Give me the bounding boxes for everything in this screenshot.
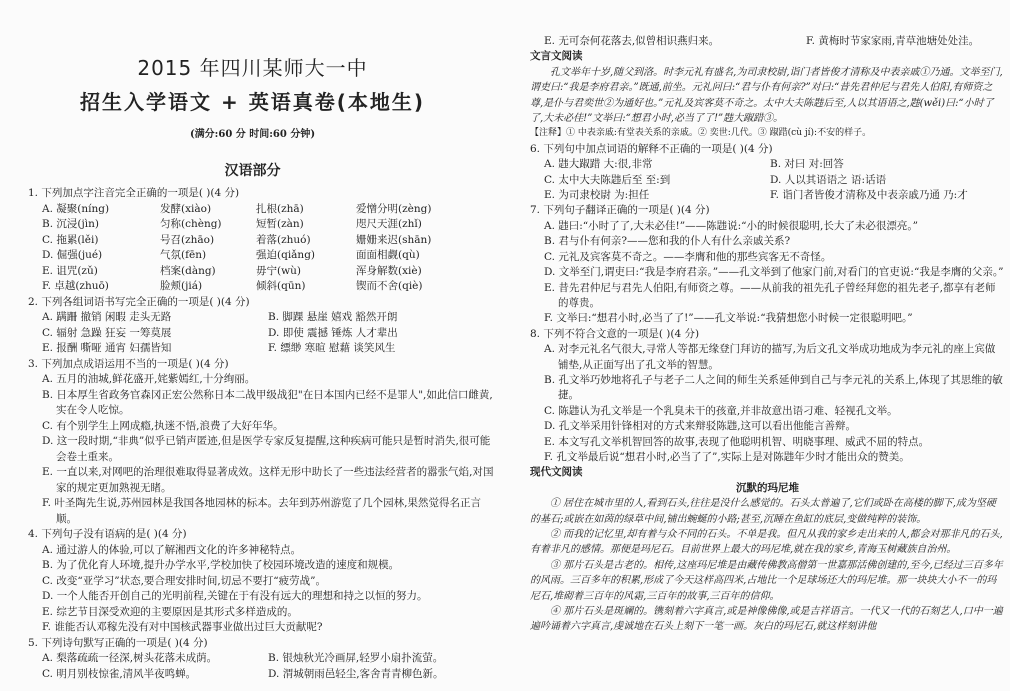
article-paragraph: ② 而我的记忆里,却有着与众不同的石头。不单是我。但凡从我的家乡走出来的人,都会… (530, 527, 1005, 558)
option-cell: 爱憎分明(zèng) (356, 202, 496, 218)
option: C. 陈韪认为孔文举是一个乳臭未干的孩童,并非故意出语刁难、轻视孔文举。 (530, 404, 1005, 419)
question-stem: 5. 下列诗句默写正确的一项是( )(4 分) (28, 636, 498, 652)
option-row: A. 韪大踧踖 大:很,非常 B. 对曰 对:回答 (530, 157, 1005, 172)
question-4: 4. 下列句子没有语病的是( )(4 分) A. 通过游人的体验,可以了解湘西文… (28, 527, 498, 636)
option: C. 有个别学生上网成瘾,执迷不悟,浪费了大好年华。 (28, 419, 498, 435)
option-row: C. 拖累(lěi) 号召(zhāo) 着落(zhuó) 姗姗来迟(shān) (28, 233, 498, 249)
option-cell: F. 缥缈 寒暄 慰藉 谈笑风生 (268, 341, 508, 357)
option: B. 为了优化育人环境,提升办学水平,学校加快了校园环境改造的速度和规模。 (28, 558, 498, 574)
option-cell: A. 韪大踧踖 大:很,非常 (544, 157, 770, 172)
question-stem: 3. 下列加点成语运用不当的一项是( )(4 分) (28, 357, 498, 373)
option-cell: B. 沉浸(jìn) (42, 217, 160, 233)
modern-reading-heading: 现代文阅读 (530, 465, 1005, 480)
option: B. 日本厚生省政务官森冈正宏公然称日本二战甲级战犯"在日本国内已经不是罪人",… (28, 388, 498, 419)
option: C. 改变“亚学习”状态,要合理安排时间,切忌不要打“疲劳战”。 (28, 574, 498, 590)
option-cell: D. 即使 震撼 锤炼 人才辈出 (268, 326, 508, 342)
section-title: 汉语部分 (0, 160, 505, 180)
option-cell: 毋宁(wù) (256, 264, 356, 280)
option-cell: 档案(dàng) (160, 264, 256, 280)
option-cell: D. 人以其语语之 语:话语 (770, 173, 1010, 188)
question-3: 3. 下列加点成语运用不当的一项是( )(4 分) A. 五月的油城,鲜花盛开,… (28, 357, 498, 528)
option: F. 谁能否认邓稼先没有对中国核武器事业做出过巨大贡献呢? (28, 620, 498, 636)
option-cell: A. 蹒跚 撤销 闲暇 走头无路 (42, 310, 268, 326)
option-cell: 面面相觑(qù) (356, 248, 496, 264)
option-cell: A. 梨落疏疏一径深,树头花落未成荫。 (42, 651, 268, 667)
option-cell: F. 黄梅时节家家雨,青草池塘处处洼。 (806, 34, 1010, 49)
option: A. 对李元礼名气很大,寻常人等都无缘登门拜访的描写,为后文孔文举成功地成为李元… (530, 342, 1005, 373)
option-cell: 强迫(qiǎng) (256, 248, 356, 264)
option-cell: 匀称(chèng) (160, 217, 256, 233)
question-stem: 8. 下列不符合文意的一项是( )(4 分) (530, 327, 1005, 342)
option-cell: 短暂(zàn) (256, 217, 356, 233)
option: C. 元礼及宾客莫不奇之。——李膺和他的那些宾客无不奇怪。 (530, 250, 1005, 265)
left-questions: 1. 下列加点字注音完全正确的一项是( )(4 分) A. 凝聚(níng) 发… (28, 186, 498, 682)
right-page: E. 无可奈何花落去,似曾相识燕归来。 F. 黄梅时节家家雨,青草池塘处处洼。 … (505, 0, 1010, 691)
option-row: F. 卓越(zhuō) 脸颊(jiá) 倾斜(qūn) 锲而不舍(qiè) (28, 279, 498, 295)
question-stem: 7. 下列句子翻译正确的一项是( )(4 分) (530, 203, 1005, 218)
option-row: A. 蹒跚 撤销 闲暇 走头无路 B. 脚踝 悬崖 嬉戏 豁然开朗 (28, 310, 498, 326)
question-1: 1. 下列加点字注音完全正确的一项是( )(4 分) A. 凝聚(níng) 发… (28, 186, 498, 295)
classical-reading-heading: 文言文阅读 (530, 49, 1005, 64)
option-row: D. 倔强(jué) 气氛(fēn) 强迫(qiǎng) 面面相觑(qù) (28, 248, 498, 264)
option: E. 昔先君仲尼与君先人伯阳,有师资之尊。——从前我的祖先孔子曾经拜您的祖先老子… (530, 281, 1005, 312)
option: D. 孔文举采用针锋相对的方式来辩驳陈韪,这可以看出他能言善辩。 (530, 419, 1005, 434)
option-cell: 倾斜(qūn) (256, 279, 356, 295)
option-cell: B. 对曰 对:回答 (770, 157, 1010, 172)
option: A. 韪曰:“小时了了,大未必佳!”——陈韪说:“小的时候很聪明,长大了未必很漂… (530, 219, 1005, 234)
option-cell: E. 为司隶校尉 为:担任 (544, 188, 770, 203)
option: D. 一个人能否开创自己的光明前程,关键在于有没有远大的理想和持之以恒的努力。 (28, 589, 498, 605)
option-cell: C. 明月别枝惊雀,清风半夜鸣蝉。 (42, 667, 268, 683)
option-cell: C. 拖累(lěi) (42, 233, 160, 249)
option: F. 文举曰:“想君小时,必当了了!”——孔文举说:“我猜想您小时候一定很聪明吧… (530, 311, 1005, 326)
exam-title-line2: 招生入学语文 + 英语真卷(本地生) (0, 86, 505, 115)
option-cell: 着落(zhuó) (256, 233, 356, 249)
option: D. 这一段时期,“非典”似乎已销声匿迹,但是医学专家反复提醒,这种疾病可能只是… (28, 434, 498, 465)
annotation-notes: 【注释】① 中表亲戚:有堂表关系的亲戚。② 奕世:几代。③ 踧踖(cù jí):… (530, 126, 1005, 141)
option-row: C. 明月别枝惊雀,清风半夜鸣蝉。 D. 渭城朝雨邑轻尘,客舍青青柳色新。 (28, 667, 498, 683)
right-content: E. 无可奈何花落去,似曾相识燕归来。 F. 黄梅时节家家雨,青草池塘处处洼。 … (530, 34, 1005, 635)
option-row: A. 凝聚(níng) 发酵(xiào) 扎根(zhā) 爱憎分明(zèng) (28, 202, 498, 218)
article-title: 沉默的玛尼堆 (530, 481, 1005, 496)
option-cell: D. 倔强(jué) (42, 248, 160, 264)
exam-subtitle: (满分:60 分 时间:60 分钟) (0, 125, 505, 140)
option-cell: B. 脚踝 悬崖 嬉戏 豁然开朗 (268, 310, 508, 326)
option-row: C. 辐射 急躁 狂妄 一筹莫展 D. 即使 震撼 锤炼 人才辈出 (28, 326, 498, 342)
exam-title-line1: 2015 年四川某师大一中 (0, 52, 505, 81)
option: B. 孔文举巧妙地将孔子与老子二人之间的师生关系延伸到自己与李元礼的关系上,体现… (530, 373, 1005, 404)
left-page: 2015 年四川某师大一中 招生入学语文 + 英语真卷(本地生) (满分:60 … (0, 0, 505, 691)
option-cell: B. 银烛秋光冷画屏,轻罗小扇扑流萤。 (268, 651, 508, 667)
question-stem: 6. 下列句中加点词语的解释不正确的一项是( )(4 分) (530, 142, 1005, 157)
option: E. 本文写孔文举机智回答的故事,表现了他聪明机智、明晓事理、威武不屈的特点。 (530, 435, 1005, 450)
option-cell: E. 无可奈何花落去,似曾相识燕归来。 (544, 34, 806, 49)
option-cell: 号召(zhāo) (160, 233, 256, 249)
option-row: C. 太中大夫陈韪后至 至:到 D. 人以其语语之 语:话语 (530, 173, 1005, 188)
option: B. 君与仆有何亲?——您和我的仆人有什么亲戚关系? (530, 234, 1005, 249)
classical-passage: 孔文举年十岁,随父到洛。时李元礼有盛名,为司隶校尉,诣门者皆俊才清称及中表亲戚①… (530, 65, 1005, 127)
option-cell: 锲而不舍(qiè) (356, 279, 496, 295)
option-row: B. 沉浸(jìn) 匀称(chèng) 短暂(zàn) 咫尺天涯(zhǐ) (28, 217, 498, 233)
option-cell: 浑身解数(xiè) (356, 264, 496, 280)
option: E. 一直以来,对网吧的治理很难取得显著成效。这样无形中助长了一些违法经营者的嚣… (28, 465, 498, 496)
question-6: 6. 下列句中加点词语的解释不正确的一项是( )(4 分) A. 韪大踧踖 大:… (530, 142, 1005, 204)
question-stem: 4. 下列句子没有语病的是( )(4 分) (28, 527, 498, 543)
option-cell: 姗姗来迟(shān) (356, 233, 496, 249)
option-cell: F. 卓越(zhuō) (42, 279, 160, 295)
option-row: E. 为司隶校尉 为:担任 F. 诣门者皆俊才清称及中表亲戚乃通 乃:才 (530, 188, 1005, 203)
question-stem: 1. 下列加点字注音完全正确的一项是( )(4 分) (28, 186, 498, 202)
option-cell: 脸颊(jiá) (160, 279, 256, 295)
article-paragraph: ④ 那片石头是斑斓的。镌刻着六字真言,或是神像佛像,或是吉祥语言。一代又一代的石… (530, 604, 1005, 635)
option-cell: F. 诣门者皆俊才清称及中表亲戚乃通 乃:才 (770, 188, 1010, 203)
option-cell: C. 辐射 急躁 狂妄 一筹莫展 (42, 326, 268, 342)
option-cell: A. 凝聚(níng) (42, 202, 160, 218)
option-cell: 扎根(zhā) (256, 202, 356, 218)
option-cell: D. 渭城朝雨邑轻尘,客舍青青柳色新。 (268, 667, 508, 683)
option-row: A. 梨落疏疏一径深,树头花落未成荫。 B. 银烛秋光冷画屏,轻罗小扇扑流萤。 (28, 651, 498, 667)
option: D. 文举至门,谓吏曰:“我是李府君亲。”——孔文举到了他家门前,对看门的官吏说… (530, 265, 1005, 280)
option-cell: E. 报酬 嘶哑 通宵 妇孺皆知 (42, 341, 268, 357)
question-8: 8. 下列不符合文意的一项是( )(4 分) A. 对李元礼名气很大,寻常人等都… (530, 327, 1005, 466)
option-cell: 发酵(xiào) (160, 202, 256, 218)
option: E. 综艺节目深受欢迎的主要原因是其形式多样造成的。 (28, 605, 498, 621)
question-2: 2. 下列各组词语书写完全正确的一项是( )(4 分) A. 蹒跚 撤销 闲暇 … (28, 295, 498, 357)
option: A. 五月的油城,鲜花盛开,姹紫嫣红,十分绚丽。 (28, 372, 498, 388)
option-row: E. 报酬 嘶哑 通宵 妇孺皆知 F. 缥缈 寒暄 慰藉 谈笑风生 (28, 341, 498, 357)
q5-continued: E. 无可奈何花落去,似曾相识燕归来。 F. 黄梅时节家家雨,青草池塘处处洼。 (530, 34, 1005, 49)
question-stem: 2. 下列各组词语书写完全正确的一项是( )(4 分) (28, 295, 498, 311)
option-cell: 气氛(fēn) (160, 248, 256, 264)
option: A. 通过游人的体验,可以了解湘西文化的许多神秘特点。 (28, 543, 498, 559)
article-paragraph: ③ 那片石头是古老的。相传,这座玛尼堆是由藏传佛教高僧第一世嘉那活佛创建的,至今… (530, 558, 1005, 604)
option: F. 叶圣陶先生说,苏州园林是我国各地园林的标本。去年到苏州游览了几个园林,果然… (28, 496, 498, 527)
article-paragraph: ① 居住在城市里的人,看到石头,往往是没什么感觉的。石头太普遍了,它们或卧在高楼… (530, 496, 1005, 527)
question-7: 7. 下列句子翻译正确的一项是( )(4 分) A. 韪曰:“小时了了,大未必佳… (530, 203, 1005, 326)
option: F. 孔文举最后说“想君小时,必当了了”,实际上是对陈韪年少时才能出众的赞美。 (530, 450, 1005, 465)
option-cell: 咫尺天涯(zhǐ) (356, 217, 496, 233)
option-row: E. 诅咒(zǔ) 档案(dàng) 毋宁(wù) 浑身解数(xiè) (28, 264, 498, 280)
option-cell: C. 太中大夫陈韪后至 至:到 (544, 173, 770, 188)
option-cell: E. 诅咒(zǔ) (42, 264, 160, 280)
question-5: 5. 下列诗句默写正确的一项是( )(4 分) A. 梨落疏疏一径深,树头花落未… (28, 636, 498, 683)
